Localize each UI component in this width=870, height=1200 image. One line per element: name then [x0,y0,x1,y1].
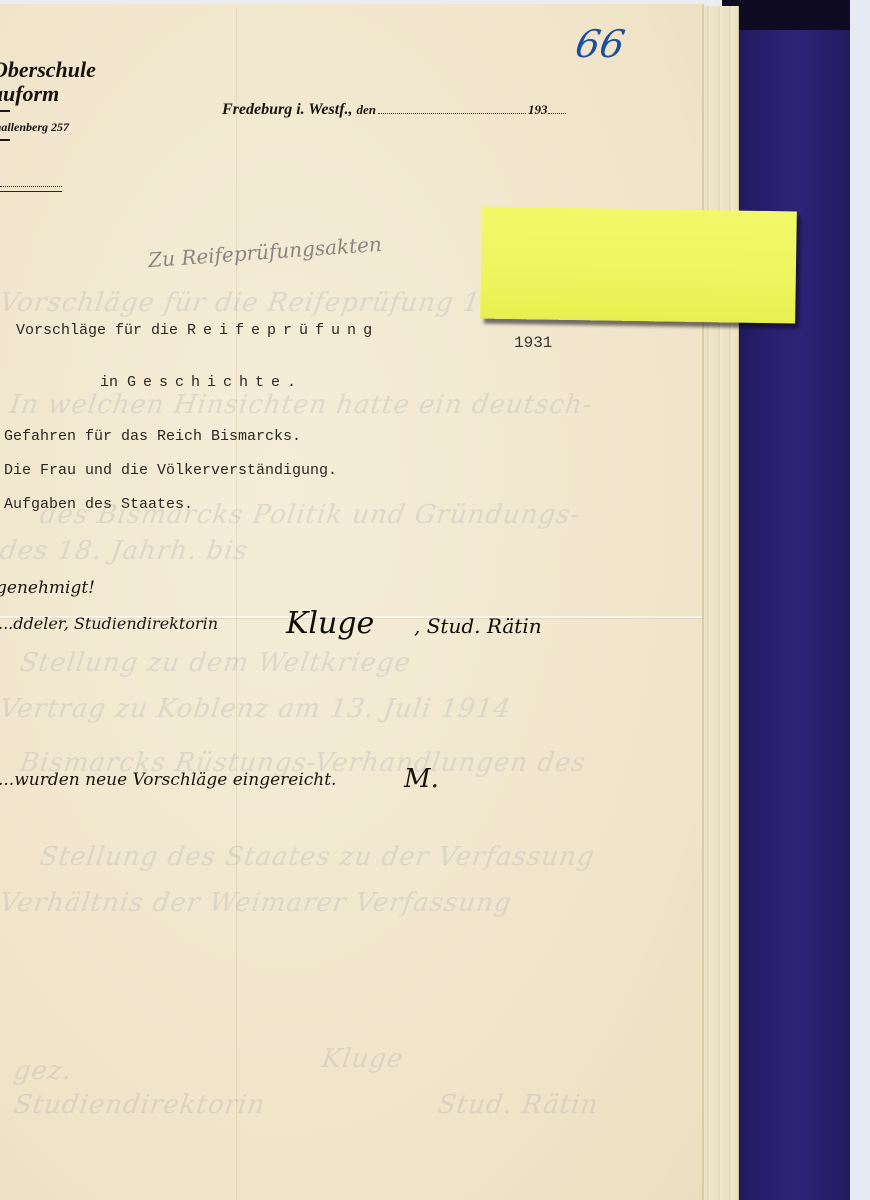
letter-page: Vorschläge für die Reifeprüfung 1931 In … [0,4,702,1200]
handwritten-note: ...wurden neue Vorschläge eingereicht. [0,770,336,790]
sticky-note [480,207,797,324]
title-prefix: in [100,374,118,391]
dateline-year: 193 [528,102,548,117]
bleed-through-text: Vorschläge für die Reifeprüfung 1931 [0,288,535,318]
scanned-document: Vorschläge für die Reifeprüfung 1931 In … [0,0,870,1200]
folder-cover [722,0,850,1200]
document-title-line1: Vorschläge für die Reifeprüfung [16,322,379,339]
letterhead-rule [0,191,62,192]
topic-item: Die Frau und die Völkerverständigung. [4,462,337,496]
bleed-through-text: Studiendirektorin [12,1090,267,1120]
handwritten-initial: M. [404,764,439,794]
dateline-den: den [357,102,377,117]
handwritten-director: ...ddeler, Studiendirektorin [0,614,218,633]
letterhead-dash [0,139,10,141]
bleed-through-text: des 18. Jahrh. bis [0,536,250,566]
bleed-through-text: Stellung zu dem Weltkriege [18,648,413,678]
bleed-through-text: Verhältnis der Weimarer Verfassung [0,888,514,918]
scanner-background [848,0,870,1200]
bleed-through-text: Stellung des Staates zu der Verfassung [38,842,597,872]
topic-list: Gefahren für das Reich Bismarcks. Die Fr… [4,428,337,530]
letterhead-school-name: Oberschule [0,58,96,82]
signature-title: , Stud. Rätin [414,614,542,638]
bleed-through-text: In welchen Hinsichten hatte ein deutsch- [8,390,595,420]
folio-number: 66 [572,22,628,66]
dateline: Fredeburg i. Westf., den193 [222,101,566,119]
bleed-through-text: Kluge [320,1044,406,1074]
dateline-blank [378,113,526,114]
title-spaced-word: Reifeprüfung [187,322,379,339]
topic-item: Aufgaben des Staates. [4,496,337,530]
bleed-through-text: gez. [12,1056,74,1086]
dateline-place: Fredeburg i. Westf., [222,101,353,118]
letterhead-school-form: auform [0,82,96,106]
letterhead-dash [0,110,10,112]
signature: Kluge [286,606,374,641]
bleed-through-text: Vertrag zu Koblenz am 13. Juli 1914 [0,694,513,724]
letterhead-dotted-line [0,186,62,187]
title-prefix: Vorschläge für die [16,322,178,339]
document-year: 1931 [514,334,552,352]
vertical-fold [236,8,237,1200]
topic-item: Gefahren für das Reich Bismarcks. [4,428,337,462]
letterhead: Oberschule auform mallenberg 257 [0,58,96,141]
dateline-year-blank [548,113,566,114]
document-title-line2: in Geschichte. [100,374,303,391]
handwritten-approval: genehmigt! [0,578,95,598]
title-spaced-word: Geschichte. [127,374,303,391]
folder-cover-shadow [722,0,850,30]
bleed-through-text: Stud. Rätin [436,1090,601,1120]
letterhead-phone: mallenberg 257 [0,120,96,135]
